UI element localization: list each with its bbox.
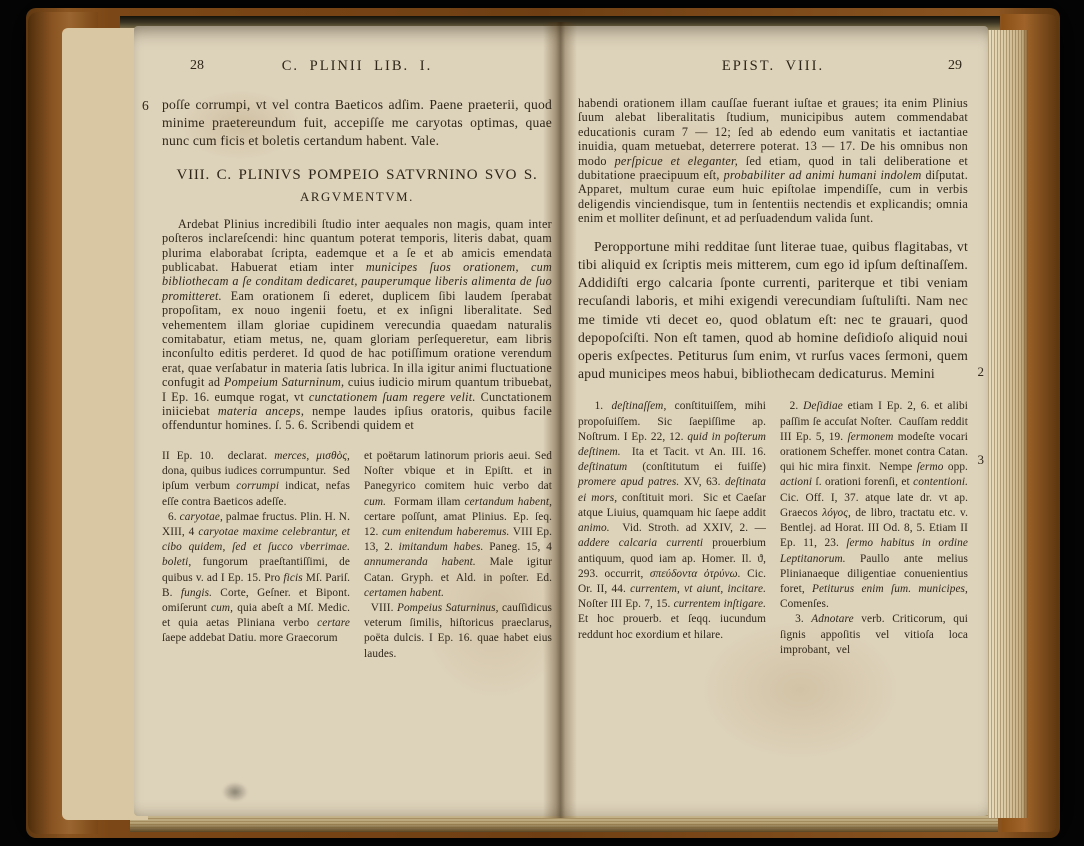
argumentum-continued-paragraph: habendi orationem illam cauſſae fuerant … xyxy=(578,96,968,226)
right-page-number: 29 xyxy=(948,58,962,74)
left-footnote-column-2: et poëtarum latinorum prioris aeui. Sed … xyxy=(364,449,552,662)
section-number-6: 6 xyxy=(142,97,149,115)
left-page-footnotes: II Ep. 10. declarat. merces, μισθὸς, don… xyxy=(162,449,552,662)
book-photograph: 28 C. PLINII LIB. I. 6poſſe corrumpi, vt… xyxy=(0,0,1084,846)
right-page-header: EPIST. VIII. 29 xyxy=(578,58,968,82)
right-page-footnotes: 1. deſtinaſſem, conſtituiſſem, mihi prop… xyxy=(578,399,968,657)
right-running-title: EPIST. VIII. xyxy=(578,58,968,75)
letter-viii-paragraph: Peropportune mihi redditae ſunt literae … xyxy=(578,238,968,384)
argumentum-paragraph: Ardebat Plinius incredibili ſtudio inter… xyxy=(162,217,552,433)
right-footnote-column-2: 2. Deſidiae etiam I Ep. 2, 6. et alibi p… xyxy=(780,399,968,657)
argumentum-heading: ARGVMENTVM. xyxy=(162,190,552,205)
right-footnote-column-1: 1. deſtinaſſem, conſtituiſſem, mihi prop… xyxy=(578,399,766,657)
letter-vii-ending-paragraph: 6poſſe corrumpi, vt vel contra Baeticos … xyxy=(162,96,552,151)
section-number-3: 3 xyxy=(978,452,985,468)
left-page-header: 28 C. PLINII LIB. I. xyxy=(162,58,552,82)
letter-vii-ending-text: poſſe corrumpi, vt vel contra Baeticos a… xyxy=(162,97,552,148)
page-edges-right xyxy=(988,30,1028,818)
argumentum-text: Ardebat Plinius incredibili ſtudio inter… xyxy=(162,217,552,433)
left-page-content: 28 C. PLINII LIB. I. 6poſſe corrumpi, vt… xyxy=(162,58,552,662)
left-footnote-column-1: II Ep. 10. declarat. merces, μισθὸς, don… xyxy=(162,449,350,662)
right-page-body: 2 3 habendi orationem illam cauſſae fuer… xyxy=(578,96,968,658)
left-page-number: 28 xyxy=(190,58,204,74)
left-running-title: C. PLINII LIB. I. xyxy=(162,58,552,75)
ink-smudge xyxy=(222,782,248,802)
epistle-viii-heading: VIII. C. PLINIVS POMPEIO SATVRNINO SVO S… xyxy=(162,167,552,184)
right-page-content: EPIST. VIII. 29 2 3 habendi orationem il… xyxy=(578,58,968,658)
section-number-2: 2 xyxy=(978,364,985,380)
